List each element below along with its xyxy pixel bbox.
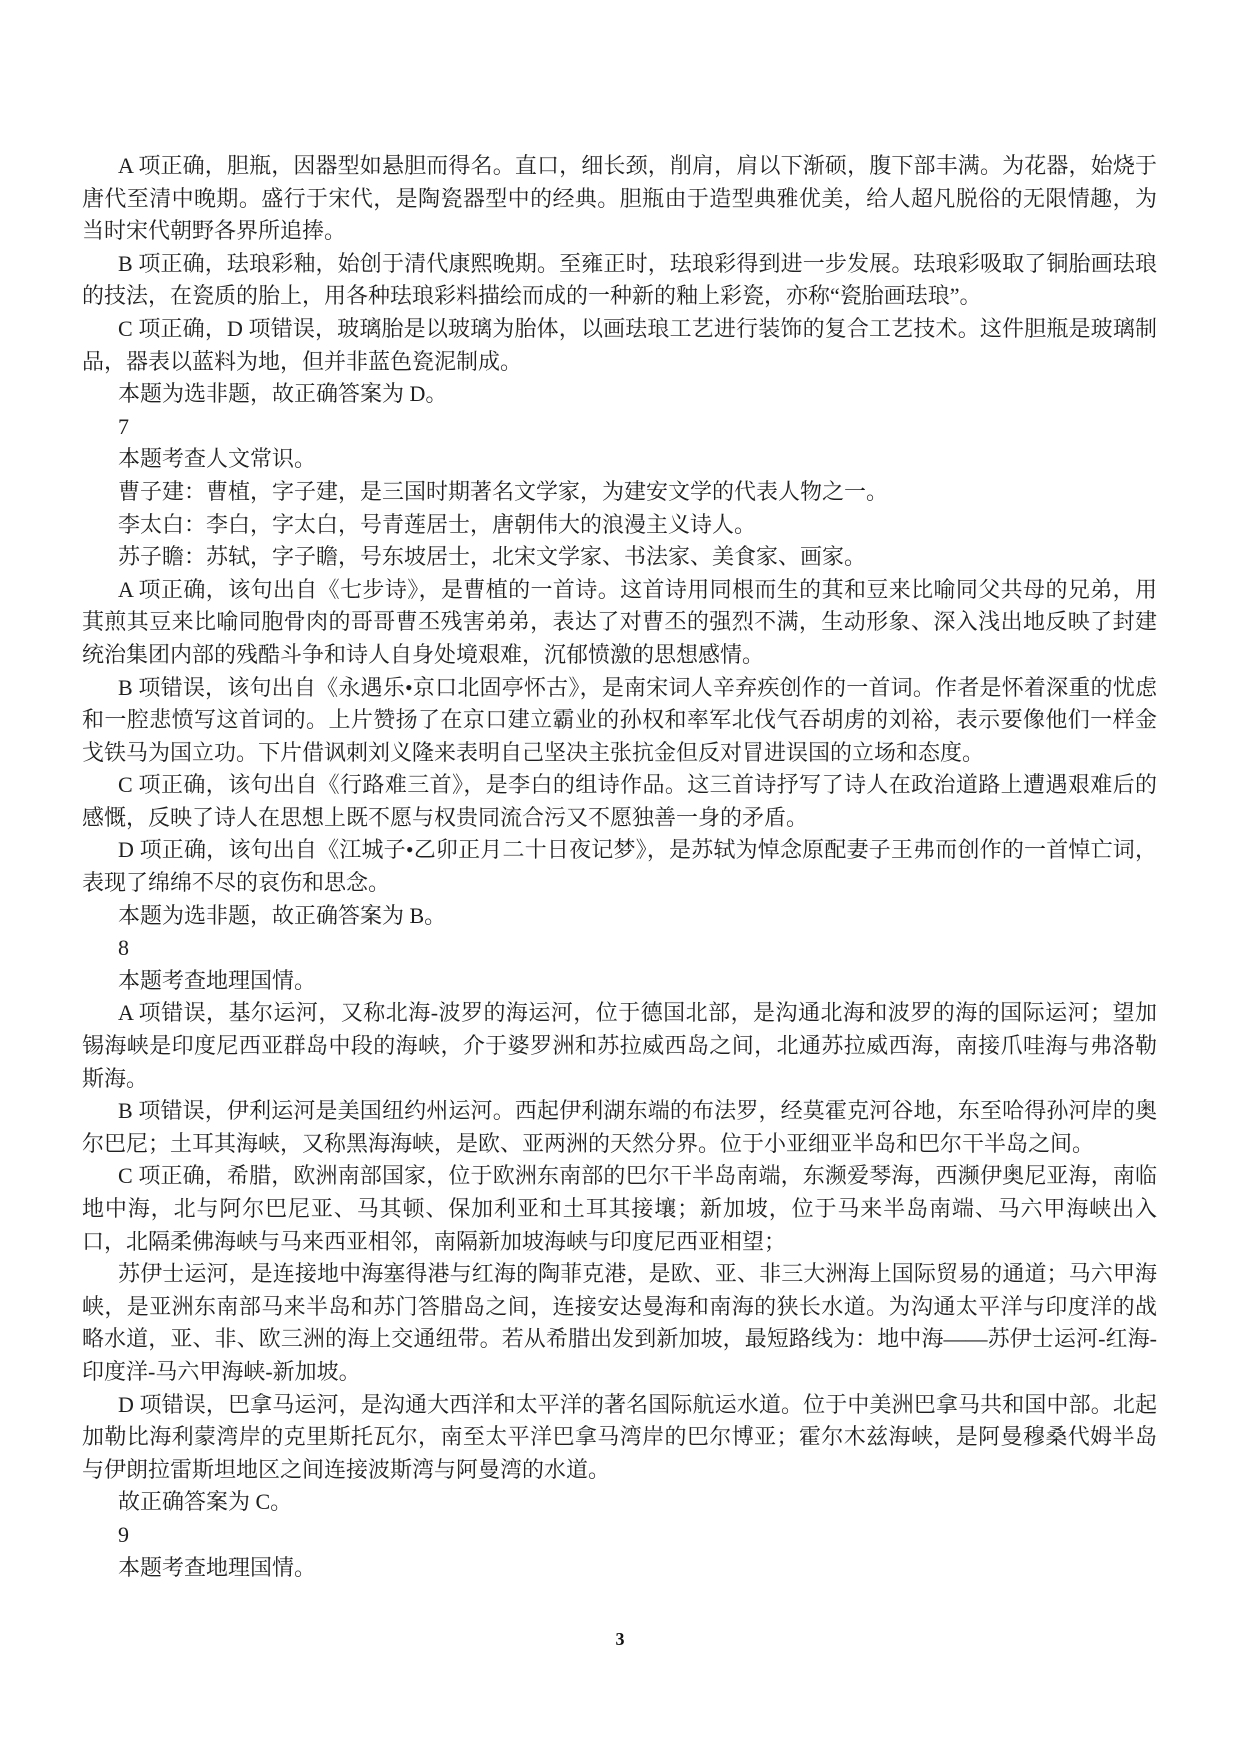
paragraph: A 项正确，胆瓶，因器型如悬胆而得名。直口，细长颈，削肩，肩以下渐硕，腹下部丰满… [82, 150, 1157, 248]
paragraph: 故正确答案为 C。 [82, 1486, 1157, 1519]
paragraph: 苏伊士运河，是连接地中海塞得港与红海的陶菲克港，是欧、亚、非三大洲海上国际贸易的… [82, 1258, 1157, 1388]
paragraph: 本题考查地理国情。 [82, 1552, 1157, 1585]
paragraph: B 项正确，珐琅彩釉，始创于清代康熙晚期。至雍正时，珐琅彩得到进一步发展。珐琅彩… [82, 248, 1157, 313]
paragraph: 苏子瞻：苏轼，字子瞻，号东坡居士，北宋文学家、书法家、美食家、画家。 [82, 541, 1157, 574]
answer-explanation-text: A 项正确，胆瓶，因器型如悬胆而得名。直口，细长颈，削肩，肩以下渐硕，腹下部丰满… [82, 150, 1157, 1584]
paragraph: C 项正确，D 项错误，玻璃胎是以玻璃为胎体，以画珐琅工艺进行装饰的复合工艺技术… [82, 313, 1157, 378]
paragraph: A 项错误，基尔运河，又称北海-波罗的海运河，位于德国北部，是沟通北海和波罗的海… [82, 997, 1157, 1095]
paragraph: 曹子建：曹植，字子建，是三国时期著名文学家，为建安文学的代表人物之一。 [82, 476, 1157, 509]
paragraph: 7 [82, 411, 1157, 444]
paragraph: 本题为选非题，故正确答案为 B。 [82, 900, 1157, 933]
document-page: A 项正确，胆瓶，因器型如悬胆而得名。直口，细长颈，削肩，肩以下渐硕，腹下部丰满… [0, 0, 1240, 1754]
paragraph: B 项错误，该句出自《永遇乐•京口北固亭怀古》，是南宋词人辛弃疾创作的一首词。作… [82, 672, 1157, 770]
paragraph: C 项正确，该句出自《行路难三首》，是李白的组诗作品。这三首诗抒写了诗人在政治道… [82, 769, 1157, 834]
paragraph: 本题考查地理国情。 [82, 965, 1157, 998]
paragraph: A 项正确，该句出自《七步诗》，是曹植的一首诗。这首诗用同根而生的萁和豆来比喻同… [82, 574, 1157, 672]
page-number: 3 [0, 1629, 1240, 1650]
paragraph: D 项正确，该句出自《江城子•乙卯正月二十日夜记梦》，是苏轼为悼念原配妻子王弗而… [82, 834, 1157, 899]
paragraph: D 项错误，巴拿马运河，是沟通大西洋和太平洋的著名国际航运水道。位于中美洲巴拿马… [82, 1389, 1157, 1487]
paragraph: C 项正确，希腊，欧洲南部国家，位于欧洲东南部的巴尔干半岛南端，东濒爱琴海，西濒… [82, 1160, 1157, 1258]
paragraph: 李太白：李白，字太白，号青莲居士，唐朝伟大的浪漫主义诗人。 [82, 509, 1157, 542]
paragraph: 本题考查人文常识。 [82, 443, 1157, 476]
paragraph: 9 [82, 1519, 1157, 1552]
paragraph: B 项错误，伊利运河是美国纽约州运河。西起伊利湖东端的布法罗，经莫霍克河谷地，东… [82, 1095, 1157, 1160]
paragraph: 本题为选非题，故正确答案为 D。 [82, 378, 1157, 411]
paragraph: 8 [82, 932, 1157, 965]
